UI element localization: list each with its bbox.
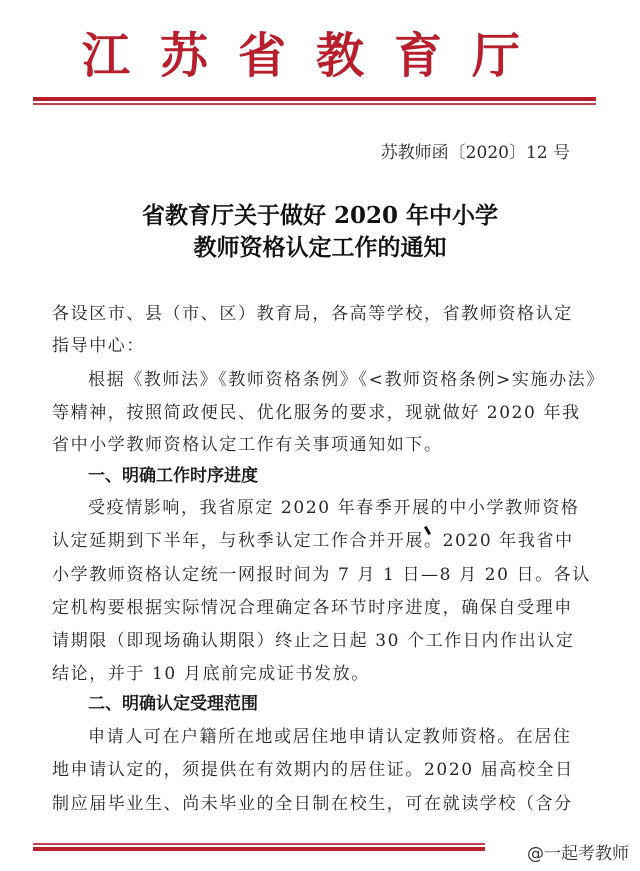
intro-line-1: 根据《教师法》《教师资格条例》《<教师资格条例>实施办法》 [88,365,605,390]
addressee-line-1: 各设区市、县（市、区）教育局，各高等学校，省教师资格认定 [52,299,573,324]
section-1-line-1: 受疫情影响，我省原定 2020 年春季开展的中小学教师资格 [88,493,579,518]
section-2-heading: 二、明确认定受理范围 [88,689,258,714]
notice-title-line-2: 教师资格认定工作的通知 [0,229,640,262]
section-1-line-3: 小学教师资格认定统一网报时间为 7 月 1 日—8 月 20 日。各认 [52,560,591,585]
watermark: @一起考教师 [527,839,629,864]
letterhead-rule-thin [33,103,596,105]
intro-line-2: 等精神，按照简政便民、优化服务的要求，现就做好 2020 年我 [52,398,581,423]
section-1-heading: 一、明确工作时序进度 [88,461,258,486]
org-letterhead-title: 江苏省教育厅 [82,26,552,86]
section-2-line-3: 制应届毕业生、尚未毕业的全日制在校生，可在就读学校（含分 [52,789,573,814]
intro-line-3: 省中小学教师资格认定工作有关事项通知如下。 [52,430,443,455]
letterhead-rule-thick [33,97,596,101]
section-1-line-4: 定机构要根据实际情况合理确定各环节时序进度，确保自受理申 [52,593,573,618]
document-number: 苏教师函〔2020〕12 号 [381,138,570,163]
footer-rule-thick [33,847,485,851]
section-1-line-2: 认定延期到下半年，与秋季认定工作合并开展。2020 年我省中 [52,526,574,551]
footer-rule-thin [33,843,485,845]
addressee-line-2: 指导中心： [52,331,145,356]
section-2-line-1: 申请人可在户籍所在地或居住地申请认定教师资格。在居住 [88,722,572,747]
section-1-line-6: 结论，并于 10 月底前完成证书发放。 [52,659,370,684]
notice-title-line-1: 省教育厅关于做好 2020 年中小学 [0,197,640,230]
section-2-line-2: 地申请认定的，须提供在有效期内的居住证。2020 届高校全日 [52,755,574,780]
section-1-line-5: 请期限（即现场确认期限）终止之日起 30 个工作日内作出认定 [52,626,574,651]
